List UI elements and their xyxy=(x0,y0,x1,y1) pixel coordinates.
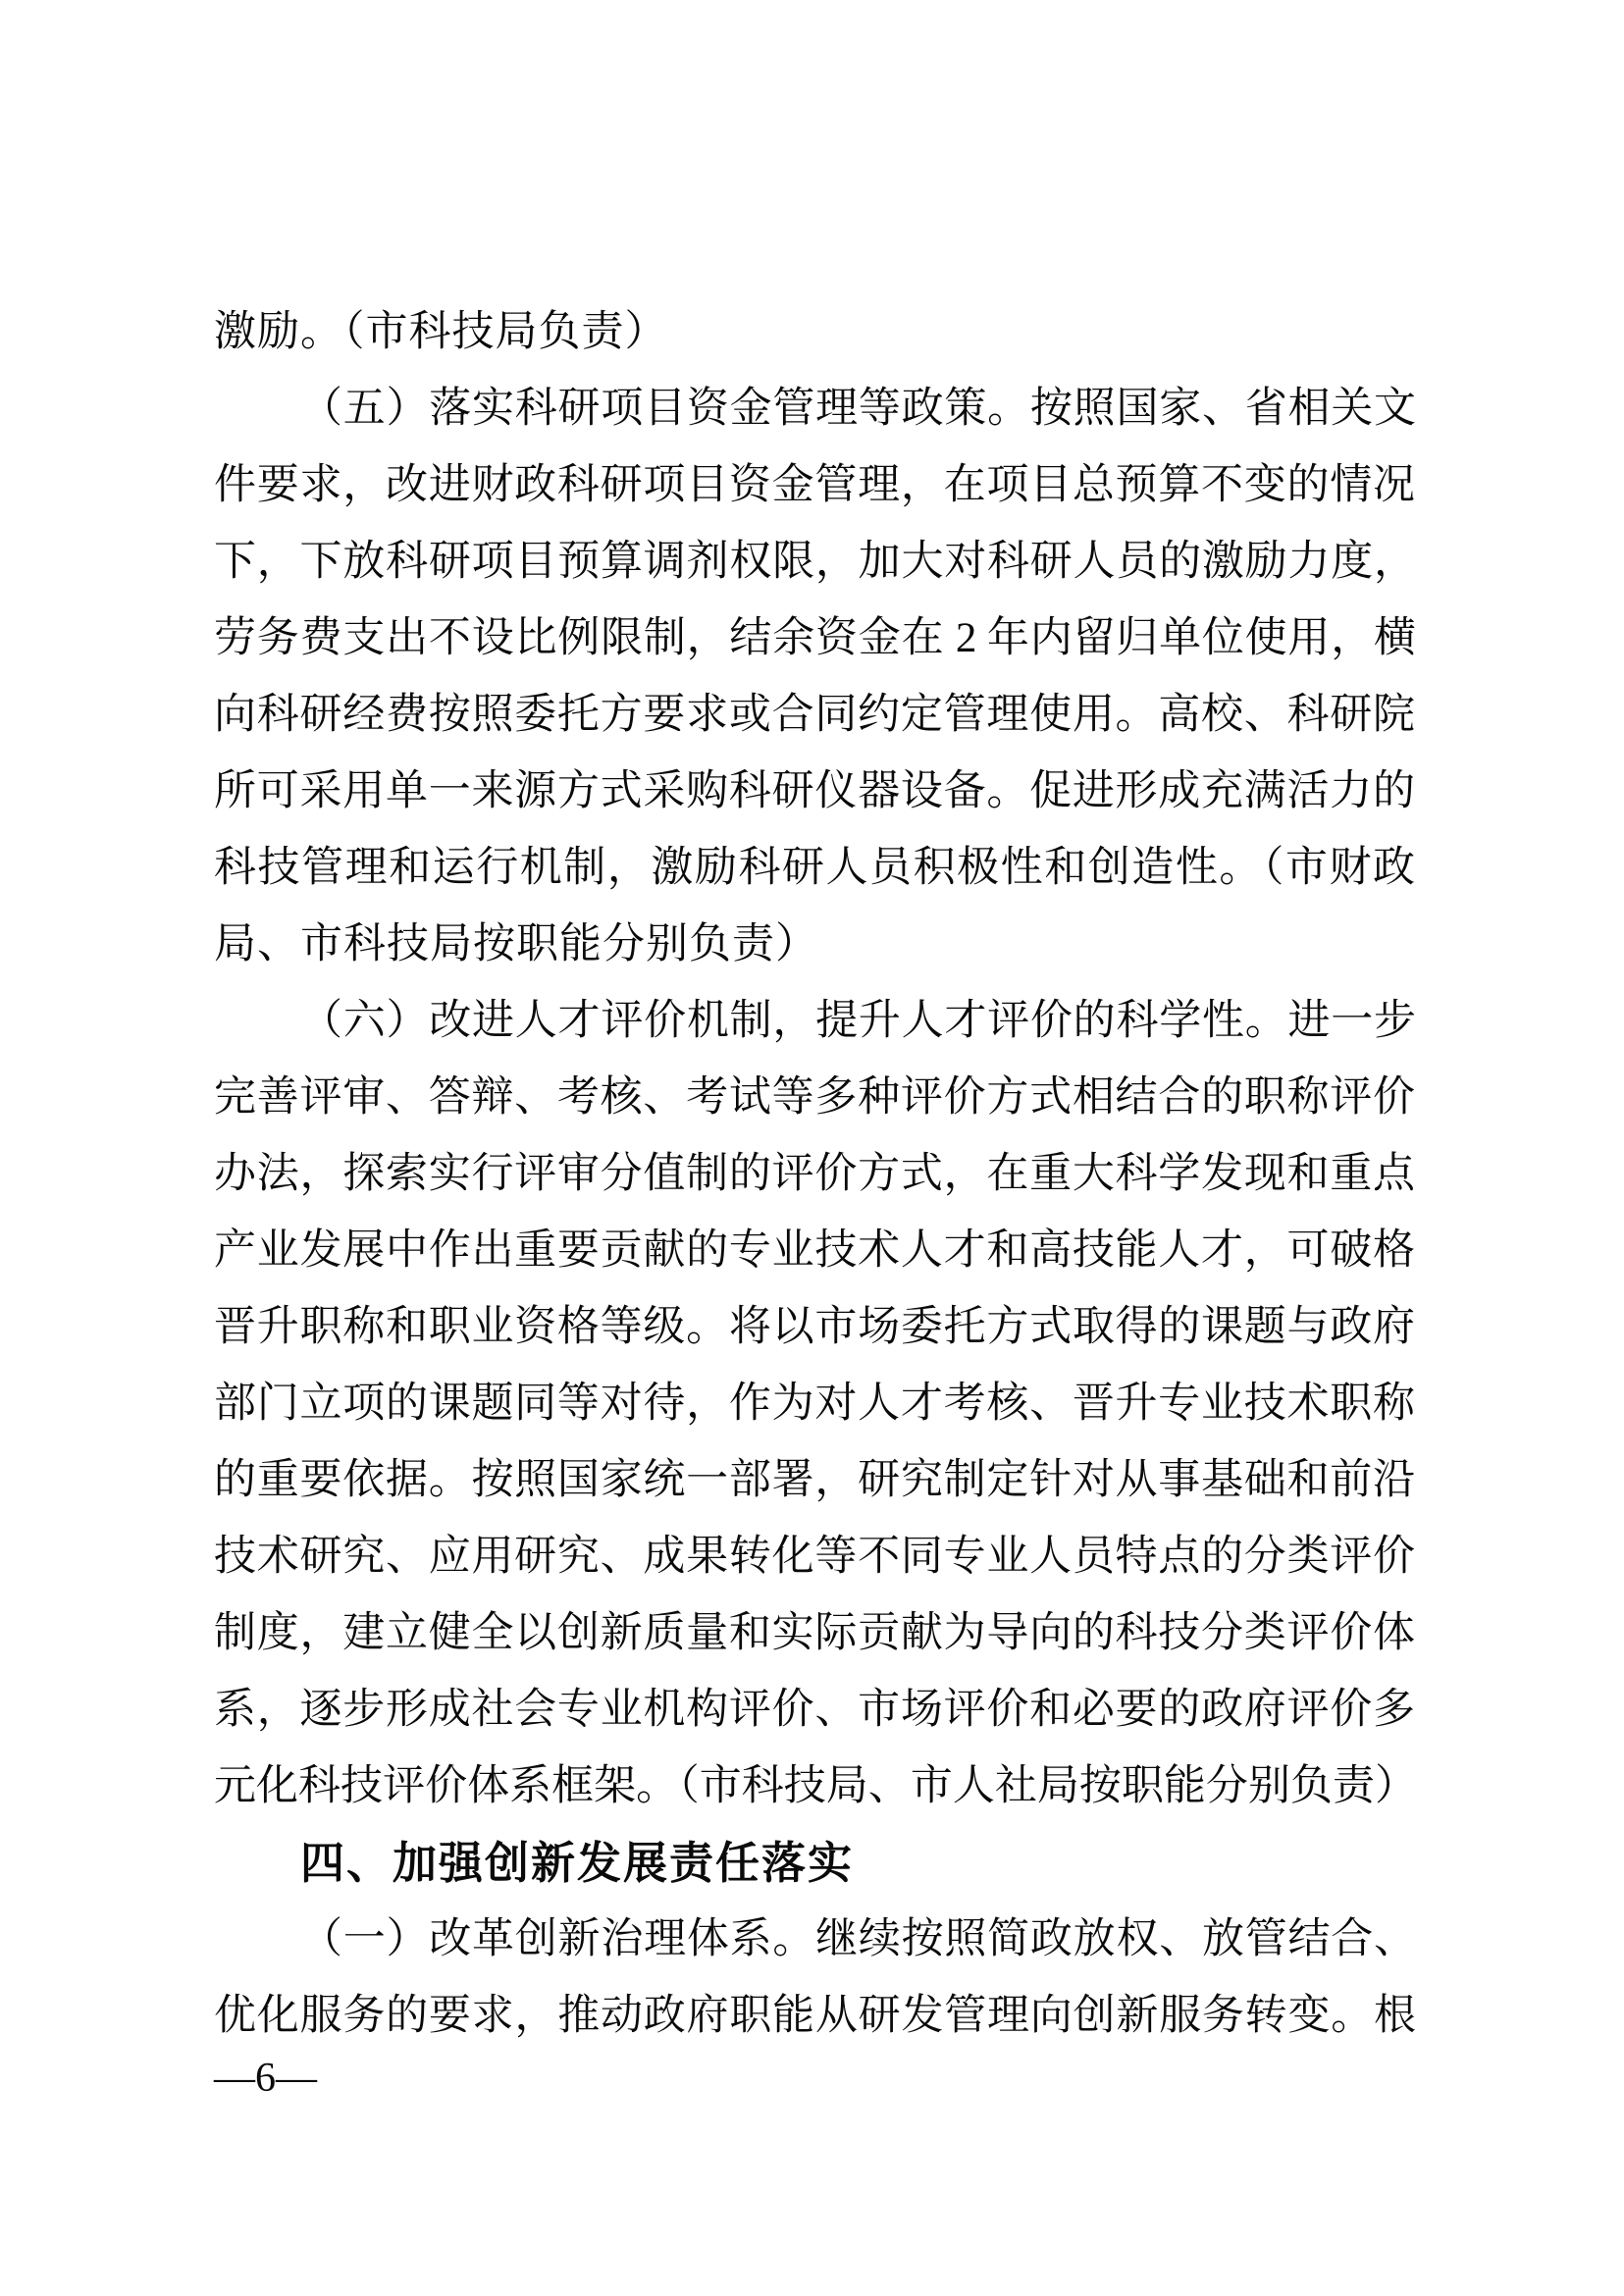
text-line: 系，逐步形成社会专业机构评价、市场评价和必要的政府评价多 xyxy=(214,1672,1415,1748)
text-line: 优化服务的要求，推动政府职能从研发管理向创新服务转变。根 xyxy=(214,1978,1415,2055)
document-page: 激励。（市科技局负责） （五）落实科研项目资金管理等政策。按照国家、省相关文 件… xyxy=(0,0,1624,2296)
text-line: 所可采用单一来源方式采购科研仪器设备。促进形成充满活力的 xyxy=(214,754,1415,830)
text-line: （六）改进人才评价机制，提升人才评价的科学性。进一步 xyxy=(214,983,1415,1060)
text-line: 完善评审、答辩、考核、考试等多种评价方式相结合的职称评价 xyxy=(214,1060,1415,1136)
text-line: 制度，建立健全以创新质量和实际贡献为导向的科技分类评价体 xyxy=(214,1595,1415,1672)
text-line: 下，下放科研项目预算调剂权限，加大对科研人员的激励力度， xyxy=(214,524,1415,600)
text-line: 局、市科技局按职能分别负责） xyxy=(214,907,1415,983)
text-line: 激励。（市科技局负责） xyxy=(214,294,1415,371)
text-line: 办法，探索实行评审分值制的评价方式，在重大科学发现和重点 xyxy=(214,1136,1415,1213)
text-line: 向科研经费按照委托方要求或合同约定管理使用。高校、科研院 xyxy=(214,677,1415,754)
text-line: 劳务费支出不设比例限制，结余资金在 2 年内留归单位使用，横 xyxy=(214,600,1415,677)
page-number: —6— xyxy=(214,2049,317,2108)
text-line: 部门立项的课题同等对待，作为对人才考核、晋升专业技术职称 xyxy=(214,1366,1415,1442)
text-line: 元化科技评价体系框架。（市科技局、市人社局按职能分别负责） xyxy=(214,1748,1415,1825)
text-line: （五）落实科研项目资金管理等政策。按照国家、省相关文 xyxy=(214,371,1415,447)
section-heading: 四、加强创新发展责任落实 xyxy=(214,1825,1415,1902)
text-line: 件要求，改进财政科研项目资金管理，在项目总预算不变的情况 xyxy=(214,447,1415,524)
text-line: 产业发展中作出重要贡献的专业技术人才和高技能人才，可破格 xyxy=(214,1213,1415,1289)
text-line: （一）改革创新治理体系。继续按照简政放权、放管结合、 xyxy=(214,1902,1415,1978)
text-line: 的重要依据。按照国家统一部署，研究制定针对从事基础和前沿 xyxy=(214,1442,1415,1519)
text-line: 技术研究、应用研究、成果转化等不同专业人员特点的分类评价 xyxy=(214,1519,1415,1595)
text-line: 科技管理和运行机制，激励科研人员积极性和创造性。（市财政 xyxy=(214,830,1415,907)
text-block: 激励。（市科技局负责） （五）落实科研项目资金管理等政策。按照国家、省相关文 件… xyxy=(214,294,1415,2055)
text-line: 晋升职称和职业资格等级。将以市场委托方式取得的课题与政府 xyxy=(214,1289,1415,1366)
